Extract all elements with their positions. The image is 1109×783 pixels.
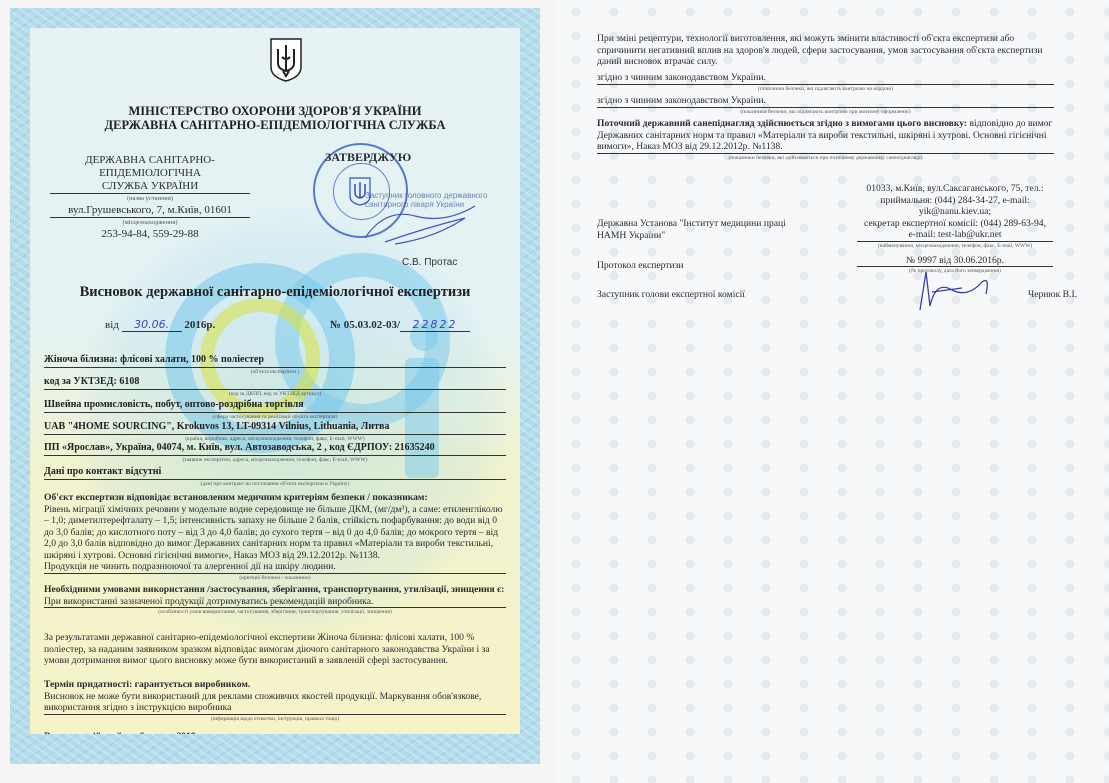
field-scope: Швейна промисловість, побут, оптово-розд… — [44, 399, 506, 421]
certificate-body: МІНІСТЕРСТВО ОХОРОНИ ЗДОРОВ'Я УКРАЇНИ ДЕ… — [30, 28, 520, 734]
approve-label: ЗАТВЕРДЖУЮ — [325, 150, 411, 165]
field-code: код за УКТЗЕД: 6108 (код за ДКПП, код за… — [44, 376, 506, 398]
certificate-page-back: При зміні рецептури, технології виготовл… — [557, 0, 1109, 783]
document-date: від 30.06. 2016р. — [105, 318, 215, 332]
safety-criteria: Об'єкт експертизи відповідає встановлени… — [44, 492, 506, 582]
validity-date: Висновок дійсний до: 6 липня 2018 р. — [44, 731, 506, 734]
shelf-life: Термін придатності: гарантується виробни… — [44, 679, 506, 723]
usage-conditions: Необхідними умовами використання /застос… — [44, 584, 506, 616]
deputy-chair-name: Чернюк В.І. — [1028, 289, 1077, 300]
document-title: Висновок державної санітарно-епідеміолог… — [30, 284, 520, 301]
document-number: № 05.03.02-03/22822 — [330, 318, 470, 332]
expert-institution-contacts: 01033, м.Київ, вул.Саксаганського, 75, т… — [857, 183, 1053, 250]
field-applicant: ПП «Ярослав», Україна, 04074, м. Київ, в… — [44, 442, 506, 464]
expert-institution: Державна Установа "Інститут медицини пра… — [597, 218, 797, 241]
field-manufacturer: UAB "4HOME SOURCING", Krokuvos 13, LT-09… — [44, 421, 506, 443]
institution-block: ДЕРЖАВНА САНІТАРНО-ЕПІДЕМІОЛОГІЧНА СЛУЖБ… — [50, 154, 250, 241]
certificate-page-front: МІНІСТЕРСТВО ОХОРОНИ ЗДОРОВ'Я УКРАЇНИ ДЕ… — [10, 8, 540, 764]
validity-conditions: При зміні рецептури, технології виготовл… — [597, 33, 1054, 68]
field-contract: Дані про контакт відсутні (дані про конт… — [44, 466, 506, 488]
approver-signature — [355, 198, 485, 248]
protocol-label: Протокол експертизи — [597, 260, 684, 271]
deputy-chair-label: Заступник голови експертної комісії — [597, 289, 745, 300]
conclusion-text: За результатами державної санітарно-епід… — [44, 632, 506, 667]
approver-name: С.В. Протас — [402, 257, 457, 268]
handwritten-number: 22822 — [400, 318, 470, 332]
current-supervision: Поточний державний санепіднагляд здійсню… — [597, 118, 1054, 162]
border-control: згідно з чинним законодавством України. … — [597, 72, 1054, 93]
deputy-signature — [912, 268, 1002, 313]
field-object: Жіноча білизна: флісові халати, 100 % по… — [44, 354, 506, 376]
coat-of-arms-icon — [269, 37, 303, 83]
customs-control: згідно з чинним законодавством України. … — [597, 95, 1054, 116]
ministry-header: МІНІСТЕРСТВО ОХОРОНИ ЗДОРОВ'Я УКРАЇНИ ДЕ… — [30, 104, 520, 132]
handwritten-date: 30.06. — [122, 318, 182, 332]
